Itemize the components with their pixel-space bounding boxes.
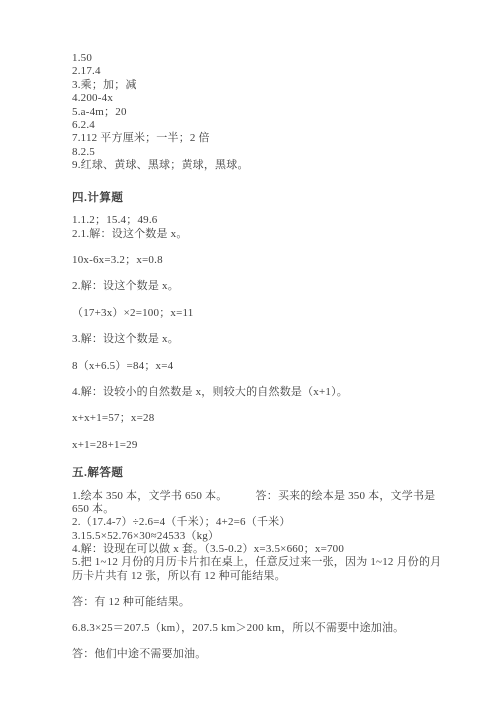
section-heading-solve: 五.解答题: [72, 467, 446, 481]
answer-line: 6.8.3×25＝207.5（km），207.5 km＞200 km，所以不需要…: [72, 622, 446, 635]
answer-line: 5.a-4m；20: [72, 106, 446, 119]
solution-line: 2.解：设这个数是 x。: [72, 280, 446, 293]
equation-line: （17+3x）×2=100；x=11: [72, 307, 446, 320]
answer-line: 2.17.4: [72, 65, 446, 78]
answer-line: 4.解：设现在可以做 x 套。（3.5-0.2）x=3.5×660；x=700: [72, 543, 446, 556]
answer-line: 1.50: [72, 52, 446, 65]
equation-line: x+1=28+1=29: [72, 439, 446, 452]
solve-answers: 1.绘本 350 本，文学书 650 本。 答：买来的绘本是 350 本，文学书…: [72, 490, 446, 662]
equation-line: 10x-6x=3.2；x=0.8: [72, 254, 446, 267]
answer-line: 3.乘；加；减: [72, 79, 446, 92]
answer-line: 9.红球、黄球、黑球；黄球，黑球。: [72, 159, 446, 172]
equation-line: x+x+1=57；x=28: [72, 412, 446, 425]
answer-statement: 答：他们中途不需要加油。: [72, 648, 446, 661]
answer-line: 5.把 1~12 月份的月历卡片扣在桌上，任意反过来一张，因为 1~12 月份的…: [72, 556, 446, 583]
answer-line: 7.112 平方厘米；一半；2 倍: [72, 132, 446, 145]
answer-line: 1.1.2；15.4；49.6: [72, 214, 446, 227]
answer-line: 4.200-4x: [72, 92, 446, 105]
answer-line: 6.2.4: [72, 119, 446, 132]
answer-line: 3.15.5×52.76×30≈24533（kg）: [72, 530, 446, 543]
solution-line: 3.解：设这个数是 x。: [72, 333, 446, 346]
solution-line: 2.1.解：设这个数是 x。: [72, 228, 446, 241]
answer-line: 1.绘本 350 本，文学书 650 本。 答：买来的绘本是 350 本，文学书…: [72, 490, 446, 517]
answers-list-top: 1.50 2.17.4 3.乘；加；减 4.200-4x 5.a-4m；20 6…: [72, 52, 446, 173]
answer-line: 8.2.5: [72, 146, 446, 159]
answer-line: 2.（17.4-7）÷2.6=4（千米）；4+2=6（千米）: [72, 516, 446, 529]
document-page: 1.50 2.17.4 3.乘；加；减 4.200-4x 5.a-4m；20 6…: [0, 0, 500, 707]
section-heading-calculation: 四.计算题: [72, 192, 446, 206]
calculation-answers: 1.1.2；15.4；49.6 2.1.解：设这个数是 x。 10x-6x=3.…: [72, 214, 446, 452]
answer-statement: 答：有 12 种可能结果。: [72, 596, 446, 609]
equation-line: 8（x+6.5）=84；x=4: [72, 360, 446, 373]
solution-line: 4.解：设较小的自然数是 x，则较大的自然数是（x+1）。: [72, 386, 446, 399]
